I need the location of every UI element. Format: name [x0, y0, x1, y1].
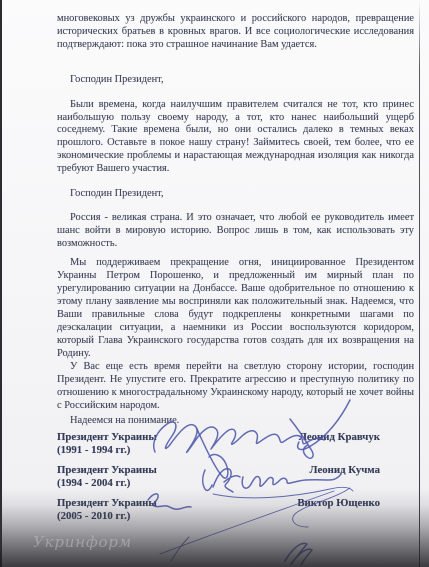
- paragraph: У Вас еще есть время перейти на светлую …: [57, 361, 414, 413]
- signatory-title: Президент Украины: [57, 431, 227, 444]
- paragraph: Россия - великая страна. И это означает,…: [57, 212, 414, 251]
- salutation: Господин Президент,: [57, 188, 414, 201]
- salutation: Господин Президент,: [57, 74, 414, 87]
- paragraph: Мы поддерживаем прекращение огня, иниции…: [57, 257, 414, 360]
- letter-page: многовековых уз дружбы украинского и рос…: [0, 0, 429, 567]
- signatory-name: Леонид Кучма: [227, 464, 414, 477]
- signatory-name: Виктор Ющенко: [227, 497, 414, 510]
- signatory-term: (2005 - 2010 гг.): [57, 510, 227, 523]
- watermark: Укринформ: [33, 533, 132, 551]
- page-left-edge: [0, 0, 2, 567]
- signatory-title-block: Президент Украины (1994 - 2004 гг.): [57, 464, 227, 491]
- signatory-title: Президент Украины: [57, 497, 227, 510]
- signatory-term: (1991 - 1994 гг.): [57, 444, 227, 457]
- signatory-row: Президент Украины (1994 - 2004 гг.) Леон…: [57, 464, 414, 491]
- paragraph: Были времена, когда наилучшим правителем…: [57, 99, 414, 176]
- paragraph-continuation: многовековых уз дружбы украинского и рос…: [57, 13, 414, 52]
- closing-line: Надеемся на понимание.: [57, 415, 414, 428]
- signatory-name: Леонид Кравчук: [227, 431, 414, 444]
- signatory-title-block: Президент Украины (1991 - 1994 гг.): [57, 431, 227, 458]
- signatory-title-block: Президент Украины (2005 - 2010 гг.): [57, 497, 227, 524]
- signature-block: Президент Украины (1991 - 1994 гг.) Леон…: [57, 431, 414, 523]
- page-right-edge: [419, 0, 420, 567]
- signatory-row: Президент Украины (1991 - 1994 гг.) Леон…: [57, 431, 414, 458]
- signatory-row: Президент Украины (2005 - 2010 гг.) Викт…: [57, 497, 414, 524]
- signatory-term: (1994 - 2004 гг.): [57, 477, 227, 490]
- letter-body: многовековых уз дружбы украинского и рос…: [57, 13, 414, 428]
- signatory-title: Президент Украины: [57, 464, 227, 477]
